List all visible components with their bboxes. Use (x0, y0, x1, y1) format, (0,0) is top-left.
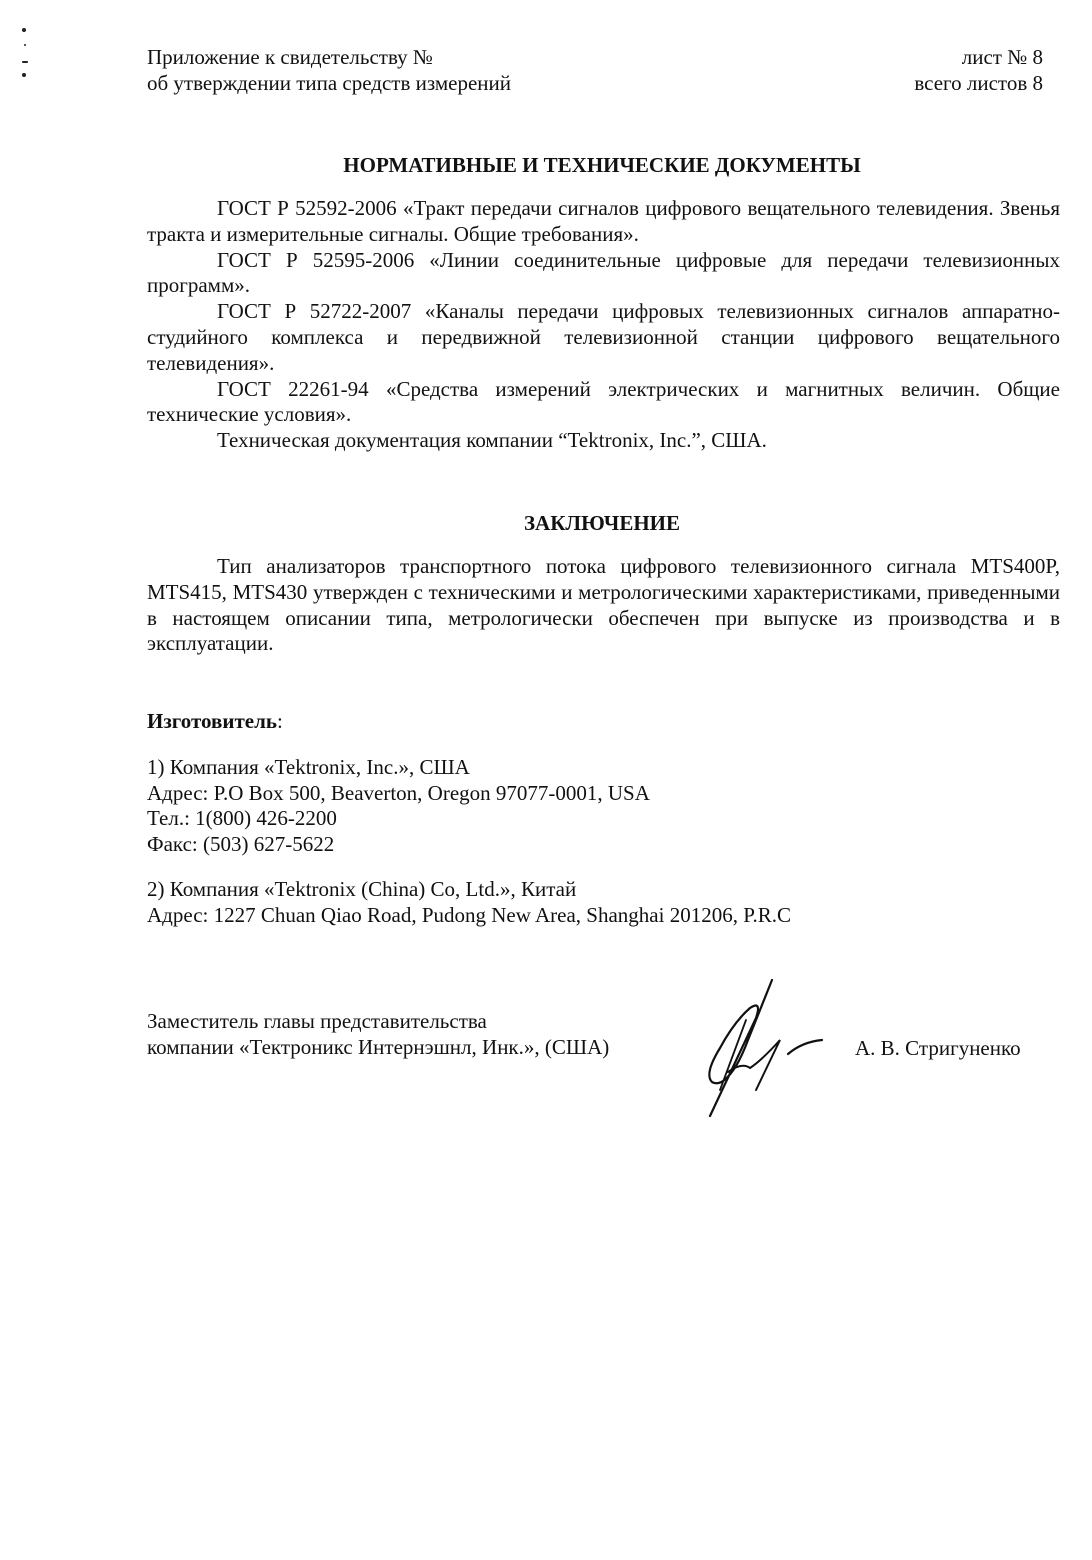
manufacturer-1-name: 1) Компания «Tektronix, Inc.», США (147, 755, 650, 781)
approval-type-label: об утверждении типа средств измерений (147, 70, 511, 96)
manufacturer-1-fax: Факс: (503) 627-5622 (147, 832, 650, 858)
manufacturer-colon: : (277, 709, 283, 733)
normative-documents-list: ГОСТ Р 52592-2006 «Тракт передачи сигнал… (147, 196, 1060, 454)
manufacturer-entry-1: 1) Компания «Tektronix, Inc.», США Адрес… (147, 755, 650, 857)
standard-gost-22261: ГОСТ 22261-94 «Средства измерений электр… (147, 377, 1060, 429)
sheet-number: лист № 8 (914, 44, 1043, 70)
conclusion-text: Тип анализаторов транспортного потока ци… (147, 554, 1060, 657)
standard-gost-52722: ГОСТ Р 52722-2007 «Каналы передачи цифро… (147, 299, 1060, 376)
conclusion-paragraph: Тип анализаторов транспортного потока ци… (147, 554, 1060, 657)
standard-gost-52595: ГОСТ Р 52595-2006 «Линии соединительные … (147, 248, 1060, 300)
signatory-position: Заместитель главы представительства комп… (147, 1009, 609, 1060)
handwritten-signature-icon (650, 978, 840, 1123)
document-header-right: лист № 8 всего листов 8 (914, 44, 1043, 96)
signer-name: А. В. Стригуненко (855, 1036, 1021, 1062)
certificate-appendix-label: Приложение к свидетельству № (147, 44, 511, 70)
total-sheets: всего листов 8 (914, 70, 1043, 96)
manufacturer-label: Изготовитель (147, 709, 277, 733)
margin-dot (22, 28, 26, 32)
margin-dot (24, 44, 26, 46)
standard-gost-52592: ГОСТ Р 52592-2006 «Тракт передачи сигнал… (147, 196, 1060, 248)
manufacturer-2-address: Адрес: 1227 Chuan Qiao Road, Pudong New … (147, 903, 791, 929)
section-title-conclusion: ЗАКЛЮЧЕНИЕ (0, 511, 1092, 536)
manufacturer-1-address: Адрес: P.O Box 500, Beaverton, Oregon 97… (147, 781, 650, 807)
margin-dot (22, 73, 26, 77)
manufacturer-1-phone: Тел.: 1(800) 426-2200 (147, 806, 650, 832)
document-header-left: Приложение к свидетельству № об утвержде… (147, 44, 511, 96)
manufacturer-2-name: 2) Компания «Tektronix (China) Co, Ltd.»… (147, 877, 791, 903)
margin-dash (22, 61, 28, 63)
signatory-position-line2: компании «Тектроникс Интернэшнл, Инк.», … (147, 1035, 609, 1061)
manufacturer-heading: Изготовитель: (147, 709, 283, 735)
tektronix-technical-documentation: Техническая документация компании “Tektr… (147, 428, 1060, 454)
manufacturer-entry-2: 2) Компания «Tektronix (China) Co, Ltd.»… (147, 877, 791, 928)
signatory-position-line1: Заместитель главы представительства (147, 1009, 609, 1035)
section-title-normative-documents: НОРМАТИВНЫЕ И ТЕХНИЧЕСКИЕ ДОКУМЕНТЫ (0, 153, 1092, 178)
